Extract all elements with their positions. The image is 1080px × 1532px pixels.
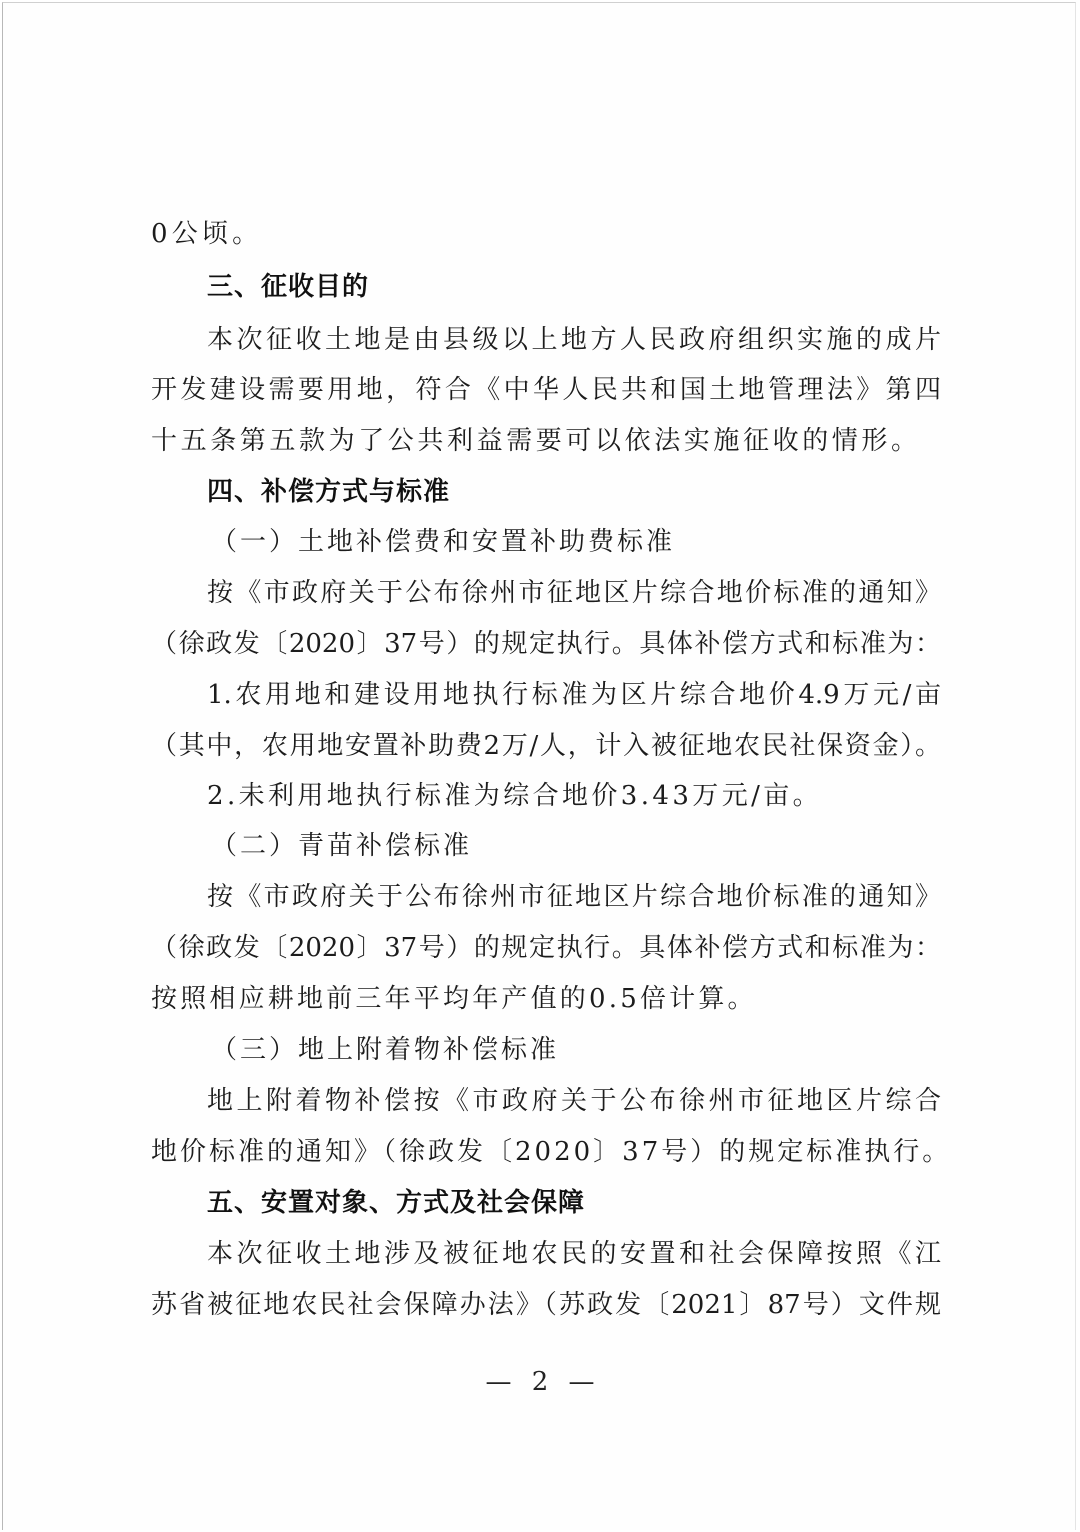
body-line: （徐政发〔2020〕37号）的规定执行。具体补偿方式和标准为： (151, 931, 941, 965)
body-line: 十五条第五款为了公共利益需要可以依法实施征收的情形。 (151, 424, 941, 458)
body-line: 本次征收土地是由县级以上地方人民政府组织实施的成片 (207, 323, 941, 357)
document-page: 0公顷。 三、征收目的 本次征收土地是由县级以上地方人民政府组织实施的成片 开发… (2, 2, 1076, 1530)
body-line: 地价标准的通知》（徐政发〔2020〕37号）的规定标准执行。 (151, 1135, 941, 1169)
section-heading-5-resettlement: 五、安置对象、方式及社会保障 (207, 1186, 941, 1220)
page-number: — 2 — (3, 1367, 1080, 1397)
body-line: 按《市政府关于公布徐州市征地区片综合地价标准的通知》 (207, 880, 941, 914)
body-line-item-2: 2.未利用地执行标准为综合地价3.43万元/亩。 (207, 779, 941, 813)
body-line: （徐政发〔2020〕37号）的规定执行。具体补偿方式和标准为： (151, 627, 941, 661)
body-line: 苏省被征地农民社会保障办法》（苏政发〔2021〕87号）文件规 (151, 1288, 941, 1322)
subsection-heading-1-land-compensation: （一）土地补偿费和安置补助费标准 (211, 525, 1001, 559)
body-line-item-1: 1.农用地和建设用地执行标准为区片综合地价4.9万元/亩 (207, 678, 941, 712)
body-line-continuation: 0公顷。 (151, 217, 941, 251)
section-heading-3-purpose: 三、征收目的 (207, 270, 941, 304)
body-line: 开发建设需要用地，符合《中华人民共和国土地管理法》第四 (151, 373, 941, 407)
body-line: 地上附着物补偿按《市政府关于公布徐州市征地区片综合 (207, 1084, 941, 1118)
body-line: （其中，农用地安置补助费2万/人，计入被征地农民社保资金）。 (151, 729, 941, 763)
body-line: 本次征收土地涉及被征地农民的安置和社会保障按照《江 (207, 1237, 941, 1271)
subsection-heading-3-attachments-compensation: （三）地上附着物补偿标准 (211, 1033, 1001, 1067)
subsection-heading-2-crop-compensation: （二）青苗补偿标准 (211, 829, 1001, 863)
body-line: 按《市政府关于公布徐州市征地区片综合地价标准的通知》 (207, 576, 941, 610)
body-line: 按照相应耕地前三年平均年产值的0.5倍计算。 (151, 982, 941, 1016)
section-heading-4-compensation: 四、补偿方式与标准 (207, 475, 941, 509)
